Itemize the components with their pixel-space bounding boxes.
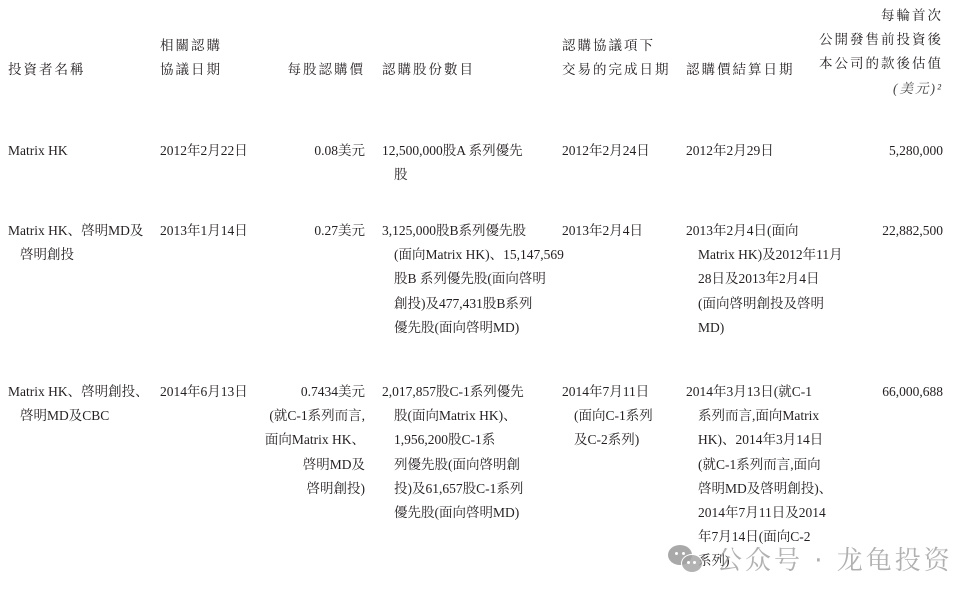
header-settlement-date: 認購價結算日期 — [686, 58, 795, 82]
completion-date: 2013年2月4日 — [562, 219, 643, 243]
watermark: 公众号 · 龙龟投资 — [668, 541, 953, 575]
investor-name: Matrix HK、啓明創投、 啓明MD及CBC — [8, 380, 149, 428]
post-money-valuation: 5,280,000 — [889, 139, 943, 163]
completion-date: 2012年2月24日 — [562, 139, 650, 163]
price-per-share: 0.27美元 — [314, 219, 365, 243]
price-per-share: 0.7434美元 (就C-1系列而言, 面向Matrix HK、 啓明MD及 啓… — [265, 380, 365, 501]
post-money-valuation: 22,882,500 — [882, 219, 943, 243]
investor-name: Matrix HK — [8, 139, 68, 163]
header-shares-subscribed: 認購股份數目 — [382, 58, 475, 82]
post-money-valuation: 66,000,688 — [882, 380, 943, 404]
valuation-unit: (美元)² — [819, 77, 943, 101]
header-agreement-date: 相關認購 協議日期 — [160, 34, 222, 82]
settlement-date: 2012年2月29日 — [686, 139, 774, 163]
agreement-date: 2014年6月13日 — [160, 380, 248, 404]
wechat-icon — [668, 543, 708, 573]
completion-date: 2014年7月11日 (面向C-1系列 及C-2系列) — [562, 380, 653, 453]
watermark-text: 公众号 · 龙龟投资 — [716, 540, 953, 577]
shares-subscribed: 2,017,857股C-1系列優先 股(面向Matrix HK)、 1,956,… — [382, 380, 524, 525]
header-post-money-valuation: 每輪首次 公開發售前投資後 本公司的款後估值 (美元)² — [819, 4, 943, 101]
shares-subscribed: 12,500,000股A 系列優先 股 — [382, 139, 523, 187]
agreement-date: 2013年1月14日 — [160, 219, 248, 243]
shares-subscribed: 3,125,000股B系列優先股 (面向Matrix HK)、15,147,56… — [382, 219, 564, 340]
header-price-per-share: 每股認購價 — [288, 58, 366, 82]
settlement-date: 2013年2月4日(面向 Matrix HK)及2012年11月 28日及201… — [686, 219, 843, 340]
investor-name: Matrix HK、啓明MD及 啓明創投 — [8, 219, 143, 267]
agreement-date: 2012年2月22日 — [160, 139, 248, 163]
header-investor-name: 投資者名稱 — [8, 58, 86, 82]
price-per-share: 0.08美元 — [314, 139, 365, 163]
header-completion-date: 認購協議項下 交易的完成日期 — [562, 34, 671, 82]
